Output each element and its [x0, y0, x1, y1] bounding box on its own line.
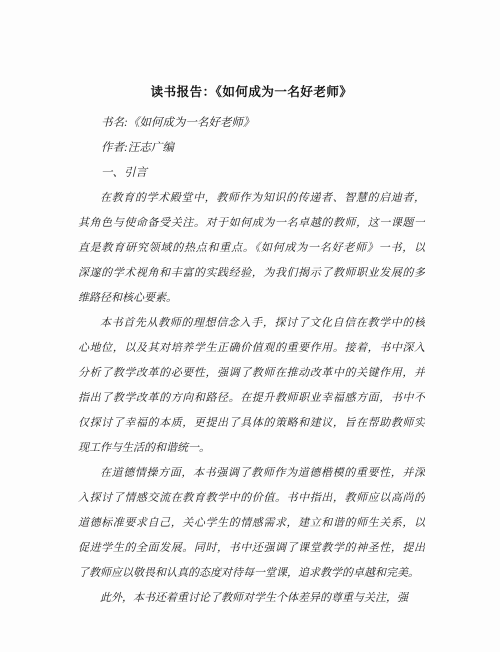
text-line: 维路径和核心要素。 — [78, 286, 425, 311]
paragraph: 在教育的学术殿堂中，教师作为知识的传递者、智慧的启迪者，其角色与使命备受关注。对… — [78, 186, 425, 311]
document-meta: 书名:《如何成为一名好老师》 作者:汪志广编 一、引言 — [78, 111, 425, 186]
document-body: 在教育的学术殿堂中，教师作为知识的传递者、智慧的启迪者，其角色与使命备受关注。对… — [78, 186, 425, 611]
text-line: 入探讨了情感交流在教育教学中的价值。书中指出，教师应以高尚的 — [78, 486, 425, 511]
text-line: 此外，本书还着重讨论了教师对学生个体差异的尊重与关注，强 — [78, 586, 425, 611]
text-line: 现工作与生活的和谐统一。 — [78, 436, 425, 461]
text-line: 在道德情操方面，本书强调了教师作为道德楷模的重要性，并深 — [78, 461, 425, 486]
text-line: 心地位，以及其对培养学生正确价值观的重要作用。接着，书中深入 — [78, 336, 425, 361]
text-line: 指出了教学改革的方向和路径。在提升教师职业幸福感方面，书中不 — [78, 386, 425, 411]
text-line: 直是教育研究领域的热点和重点。《如何成为一名好老师》一书，以 — [78, 236, 425, 261]
text-line: 分析了教学改革的必要性，强调了教师在推动改革中的关键作用，并 — [78, 361, 425, 386]
text-line: 深邃的学术视角和丰富的实践经验，为我们揭示了教师职业发展的多 — [78, 261, 425, 286]
paragraph: 在道德情操方面，本书强调了教师作为道德楷模的重要性，并深入探讨了情感交流在教育教… — [78, 461, 425, 586]
document-page: 读书报告：《如何成为一名好老师》 书名:《如何成为一名好老师》 作者:汪志广编 … — [0, 0, 500, 652]
book-name-line: 书名:《如何成为一名好老师》 — [78, 111, 425, 136]
text-line: 促进学生的全面发展。同时，书中还强调了课堂教学的神圣性，提出 — [78, 536, 425, 561]
text-line: 道德标准要求自己，关心学生的情感需求，建立和谐的师生关系，以 — [78, 511, 425, 536]
author-line: 作者:汪志广编 — [78, 136, 425, 161]
section-heading: 一、引言 — [78, 161, 425, 186]
paragraph: 此外，本书还着重讨论了教师对学生个体差异的尊重与关注，强 — [78, 586, 425, 611]
paragraph: 本书首先从教师的理想信念入手，探讨了文化自信在教学中的核心地位，以及其对培养学生… — [78, 311, 425, 461]
text-line: 在教育的学术殿堂中，教师作为知识的传递者、智慧的启迪者， — [78, 186, 425, 211]
text-line: 了教师应以敬畏和认真的态度对待每一堂课，追求教学的卓越和完美。 — [78, 561, 425, 586]
document-title: 读书报告：《如何成为一名好老师》 — [78, 84, 425, 100]
text-line: 本书首先从教师的理想信念入手，探讨了文化自信在教学中的核 — [78, 311, 425, 336]
text-line: 其角色与使命备受关注。对于如何成为一名卓越的教师，这一课题一 — [78, 211, 425, 236]
text-line: 仅探讨了幸福的本质，更提出了具体的策略和建议，旨在帮助教师实 — [78, 411, 425, 436]
